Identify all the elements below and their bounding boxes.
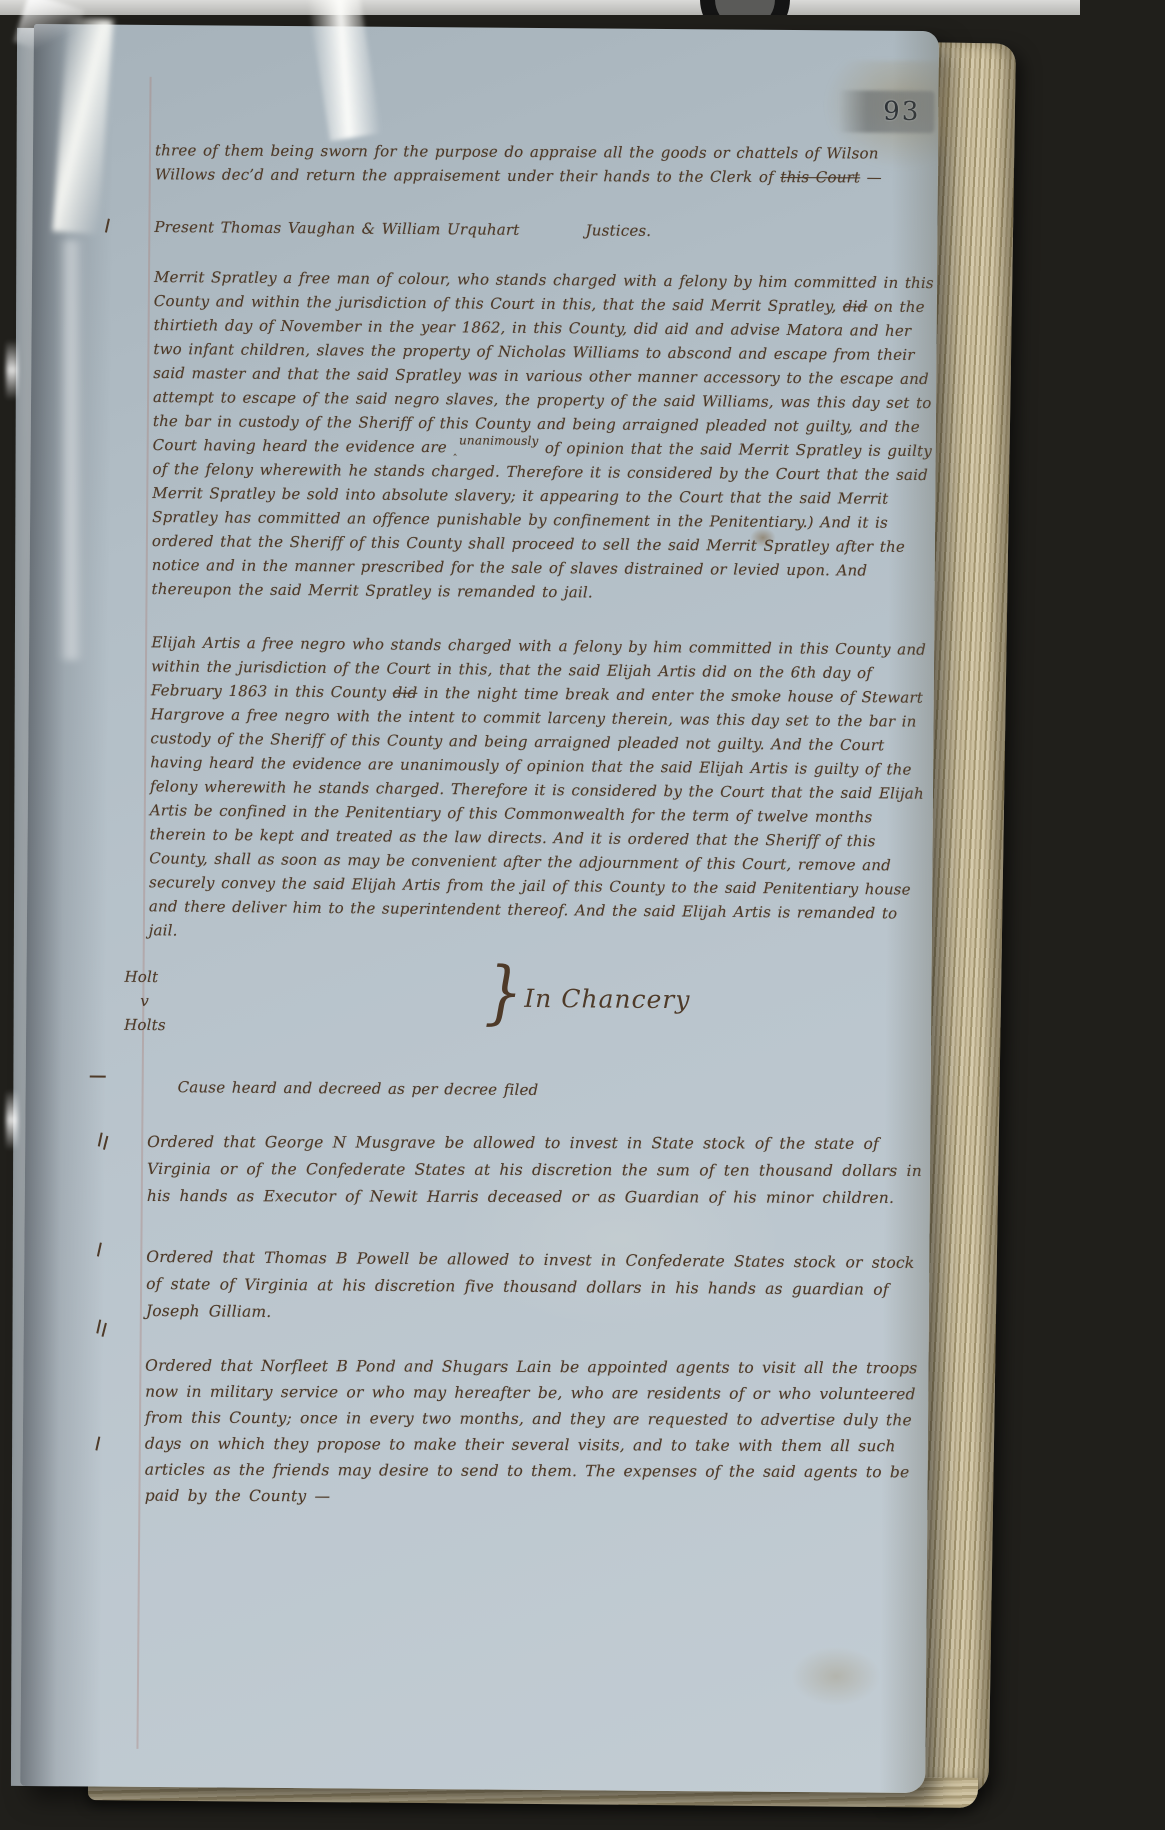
margin-tick (97, 1243, 102, 1257)
chancery-parties: Holt v Holts (124, 965, 166, 1037)
text-segment: Ordered that Norfleet B Pond and Shugars… (145, 1357, 918, 1506)
chancery-defendant: Holts (124, 1013, 166, 1037)
text-segment-spaced: Justices. (585, 221, 651, 240)
text-segment: on the thirtieth day of November in the … (153, 298, 932, 457)
text-segment-strike: this Court (780, 168, 860, 186)
page-number: 93 (883, 97, 920, 127)
entry-artis-case: Elijah Artis a free negro who stands cha… (149, 630, 934, 949)
entry-order-musgrave: Ordered that George N Musgrave be allowe… (147, 1129, 929, 1212)
text-segment: in the night time break and enter the sm… (149, 684, 924, 940)
handwritten-content: three of them being sworn for the purpos… (144, 123, 937, 1513)
text-segment: three of them being sworn for the purpos… (155, 141, 879, 186)
margin-tick (96, 1319, 101, 1333)
text-segment: Ordered that George N Musgrave be allowe… (147, 1133, 922, 1207)
margin-tick (90, 1075, 106, 1077)
binder-highlight (6, 1090, 18, 1150)
entry-order-pond: Ordered that Norfleet B Pond and Shugars… (145, 1353, 928, 1512)
dark-disc-object (700, 0, 790, 15)
text-segment: of opinion that the said Merrit Spratley… (151, 439, 931, 601)
chancery-decree-line: Cause heard and decreed as per decree fi… (178, 1075, 930, 1105)
chancery-caption: Holt v Holts } In Chancery (148, 965, 931, 1071)
text-segment: Ordered that Thomas B Powell be allowed … (146, 1248, 915, 1321)
binder-highlight (6, 340, 18, 400)
ledger-page: 93 three of them being sworn for the pur… (20, 24, 939, 1793)
margin-tick (98, 1133, 103, 1147)
text-segment: Present Thomas Vaughan & William Urquhar… (154, 218, 519, 239)
entry-order-powell: Ordered that Thomas B Powell be allowed … (146, 1244, 929, 1331)
entry-justices-present: Present Thomas Vaughan & William Urquhar… (154, 215, 936, 245)
text-segment: Merrit Spratley a free man of colour, wh… (154, 268, 934, 315)
photo-background: 93 three of them being sworn for the pur… (0, 0, 1165, 1830)
stain (791, 1646, 881, 1707)
chancery-brace-glyph: } (484, 952, 523, 1033)
margin-tick (105, 219, 110, 233)
chancery-versus-label: v (140, 989, 166, 1013)
text-segment: — (860, 168, 882, 186)
chancery-plaintiff: Holt (124, 965, 166, 989)
background-surface-strip (0, 0, 1080, 15)
text-segment-strike: did (843, 297, 868, 315)
chancery-title: In Chancery (524, 984, 690, 1014)
text-segment-strike: did (393, 684, 418, 702)
entry-appraisement-fragment: three of them being sworn for the purpos… (155, 138, 937, 189)
entry-spratley-case: Merrit Spratley a free man of colour, wh… (151, 265, 936, 607)
margin-tick (95, 1436, 100, 1450)
text-segment-interlinear: unanimously (453, 440, 538, 443)
